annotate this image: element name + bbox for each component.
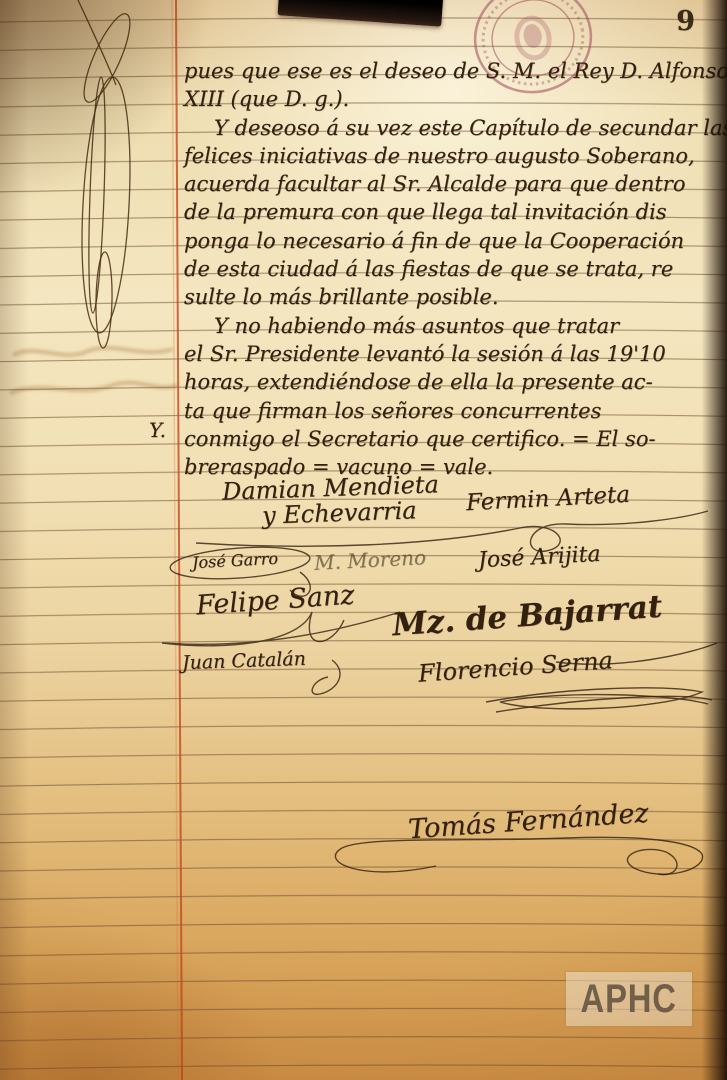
signature-flourishes <box>0 0 727 1080</box>
page-number: 9 <box>676 6 695 37</box>
aphc-watermark-text: APHC <box>581 977 677 1022</box>
manuscript-page: 9 pues que ese es el deseo de S. M. el R… <box>0 0 727 1080</box>
signature: y Echevarria <box>262 496 417 529</box>
aphc-watermark: APHC <box>566 972 692 1026</box>
signature: Juan Catalán <box>182 648 307 674</box>
